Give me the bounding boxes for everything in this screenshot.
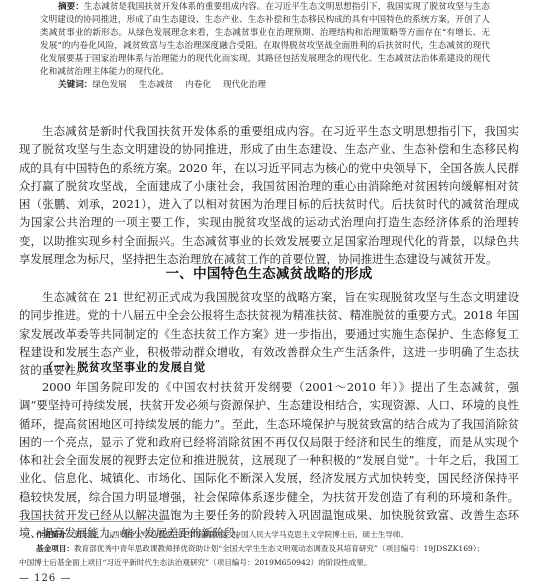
intro-section: 生态减贫是新时代我国扶贫开发体系的重要组成内容。在习近平生态文明思想指引下，我国… (19, 122, 519, 268)
abstract: 摘要：生态减贫是我国扶贫开发体系的重要组成内容。在习近平生态文明思想指引下，我国… (40, 1, 490, 79)
fund-note-continued: 中国博士后基金面上项目“习近平新时代生态法治观研究”（项目编号：2019M650… (19, 556, 519, 570)
intro-paragraph: 生态减贫是新时代我国扶贫开发体系的重要组成内容。在习近平生态文明思想指引下，我国… (19, 122, 519, 268)
abstract-block: 摘要：生态减贫是我国扶贫开发体系的重要组成内容。在习近平生态文明思想指引下，我国… (40, 1, 490, 92)
fund-note: 基金项目：教育部优秀中青年思政课教师择优资助计划“全国大学生生态文明观动态调查及… (19, 542, 519, 556)
author-note-text: 郭永园，山西财经大学马克思主义学院副教授，中国人民大学马克思主义学院博士后，硕士… (74, 530, 408, 539)
keywords-label: 关键词： (58, 80, 92, 90)
subsection-heading: （一）脱贫攻坚事业的发展自觉 (42, 359, 206, 375)
fund-note-text: 教育部优秀中青年思政课教师择优资助计划“全国大学生生态文明观动态调查及其培育研究… (74, 544, 484, 553)
page-number: — 126 — (19, 573, 71, 584)
author-note: 作者简介：郭永园，山西财经大学马克思主义学院副教授，中国人民大学马克思主义学院博… (19, 528, 519, 542)
subsection1-body: 2000 年国务院印发的《中国农村扶贫开发纲要（2001～2010 年）》提出了… (19, 378, 519, 543)
keyword: 现代化治理 (223, 80, 266, 90)
abstract-text: 生态减贫是我国扶贫开发体系的重要组成内容。在习近平生态文明思想指引下，我国实现了… (40, 2, 490, 77)
abstract-label: 摘要： (58, 2, 84, 12)
keywords: 关键词：绿色发展生态减贫内卷化现代化治理 (40, 79, 490, 92)
section-heading: 一、中国特色生态减贫战略的形成 (0, 262, 538, 282)
keyword: 内卷化 (185, 80, 211, 90)
footnotes: 作者简介：郭永园，山西财经大学马克思主义学院副教授，中国人民大学马克思主义学院博… (19, 528, 519, 570)
footnote-divider (19, 521, 164, 522)
fund-note-label: 基金项目： (36, 544, 74, 553)
keyword: 生态减贫 (139, 80, 173, 90)
author-note-label: 作者简介： (36, 530, 74, 539)
keyword: 绿色发展 (92, 80, 126, 90)
subsection1-paragraph: 2000 年国务院印发的《中国农村扶贫开发纲要（2001～2010 年）》提出了… (19, 378, 519, 543)
